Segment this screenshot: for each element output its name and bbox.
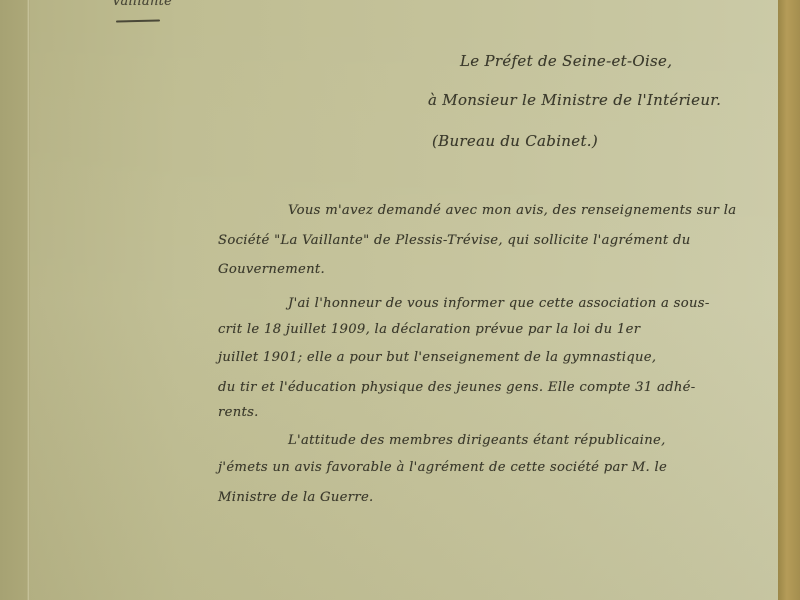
body-line: L'attitude des membres dirigeants étant … <box>288 433 666 448</box>
bureau-line: (Bureau du Cabinet.) <box>432 132 598 150</box>
body-line: j'émets un avis favorable à l'agrément d… <box>218 460 667 475</box>
body-line: crit le 18 juillet 1909, la déclaration … <box>218 322 640 337</box>
body-line: du tir et l'éducation physique des jeune… <box>218 380 696 395</box>
body-line: Société "La Vaillante" de Plessis-Trévis… <box>218 233 691 248</box>
letter-page: Vaillante Le Préfet de Seine-et-Oise, à … <box>30 0 778 600</box>
header-reference: Vaillante <box>112 0 172 9</box>
recipient-line: à Monsieur le Ministre de l'Intérieur. <box>428 91 721 109</box>
body-line: Vous m'avez demandé avec mon avis, des r… <box>288 203 736 218</box>
body-line: Ministre de la Guerre. <box>218 490 374 505</box>
body-line: juillet 1901; elle a pour but l'enseigne… <box>218 350 656 365</box>
document-photo: Vaillante Le Préfet de Seine-et-Oise, à … <box>0 0 800 600</box>
wooden-surface-edge <box>778 0 800 600</box>
sender-line: Le Préfet de Seine-et-Oise, <box>460 52 672 70</box>
header-underline <box>116 19 160 22</box>
body-line: rents. <box>218 405 259 420</box>
body-line: Gouvernement. <box>218 262 325 277</box>
body-line: J'ai l'honneur de vous informer que cett… <box>288 296 710 311</box>
